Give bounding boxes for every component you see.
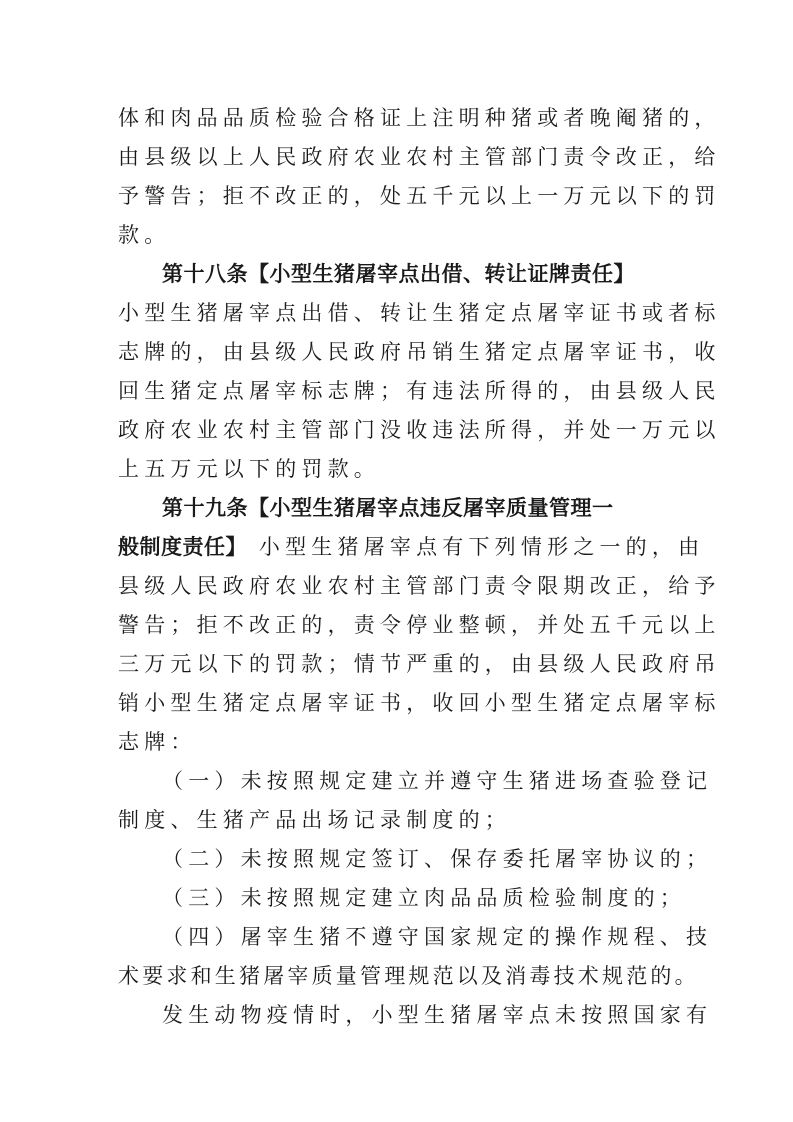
article-19-heading-tail: 般制度责任】 <box>118 535 247 559</box>
list-item-1: （一）未按照规定建立并遵守生猪进场查验登记 <box>118 762 678 801</box>
body-text-line: 销小型生猪定点屠宰证书，收回小型生猪定点屠宰标 <box>118 684 678 723</box>
list-item-4: （四）屠宰生猪不遵守国家规定的操作规程、技 <box>118 918 678 957</box>
body-text-line: 小型生猪屠宰点出借、转让生猪定点屠宰证书或者标 <box>118 294 678 333</box>
article-18-heading: 第十八条【小型生猪屠宰点出借、转让证牌责任】 <box>118 255 678 294</box>
list-item-4-cont: 术要求和生猪屠宰质量管理规范以及消毒技术规范的。 <box>118 957 678 996</box>
body-text-line: 款。 <box>118 216 678 255</box>
body-text-line: 上五万元以下的罚款。 <box>118 450 678 489</box>
list-item-2: （二）未按照规定签订、保存委托屠宰协议的； <box>118 840 678 879</box>
list-item-1-cont: 制度、生猪产品出场记录制度的； <box>118 801 678 840</box>
body-text-line: 志牌的，由县级人民政府吊销生猪定点屠宰证书，收 <box>118 333 678 372</box>
document-page: 体和肉品品质检验合格证上注明种猪或者晚阉猪的， 由县级以上人民政府农业农村主管部… <box>118 99 678 1035</box>
body-text-line: 三万元以下的罚款；情节严重的，由县级人民政府吊 <box>118 645 678 684</box>
body-text-line: 回生猪定点屠宰标志牌；有违法所得的，由县级人民 <box>118 372 678 411</box>
article-19-heading-cont: 般制度责任】 小型生猪屠宰点有下列情形之一的，由 <box>118 528 678 567</box>
body-text-line: 县级人民政府农业农村主管部门责令限期改正，给予 <box>118 567 678 606</box>
body-text-line: 由县级以上人民政府农业农村主管部门责令改正，给 <box>118 138 678 177</box>
body-text-line: 志牌： <box>118 723 678 762</box>
body-text-line: 体和肉品品质检验合格证上注明种猪或者晚阉猪的， <box>118 99 678 138</box>
body-text-line: 予警告；拒不改正的，处五千元以上一万元以下的罚 <box>118 177 678 216</box>
article-19-heading: 第十九条【小型生猪屠宰点违反屠宰质量管理一 <box>118 489 678 528</box>
closing-paragraph-line: 发生动物疫情时，小型生猪屠宰点未按照国家有 <box>118 996 678 1035</box>
body-text-line: 政府农业农村主管部门没收违法所得，并处一万元以 <box>118 411 678 450</box>
body-text-line: 警告；拒不改正的，责令停业整顿，并处五千元以上 <box>118 606 678 645</box>
list-item-3: （三）未按照规定建立肉品品质检验制度的； <box>118 879 678 918</box>
body-text-inline: 小型生猪屠宰点有下列情形之一的，由 <box>247 535 704 559</box>
